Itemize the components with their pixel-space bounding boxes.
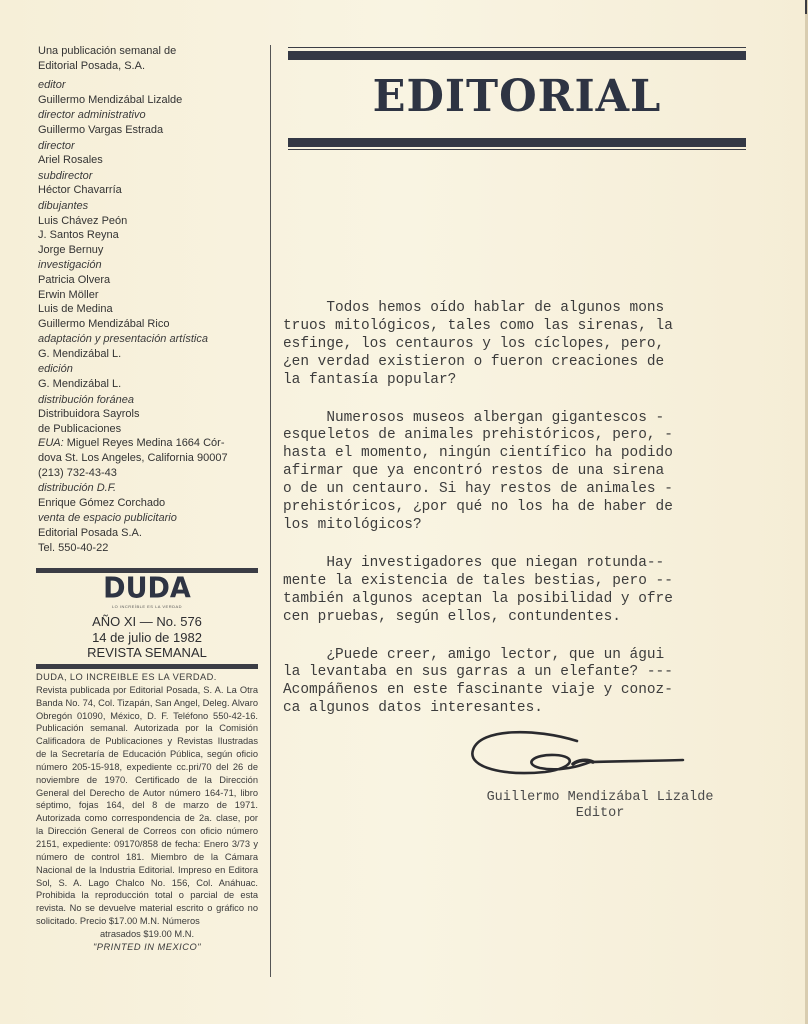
issue-block: DUDA Lo increíble es la verdad AÑO XI — … <box>36 574 258 661</box>
credit-role: adaptación y presentación artística <box>38 332 260 347</box>
issue-date: 14 de julio de 1982 <box>36 630 258 646</box>
credit-name: Luis Chávez Peón <box>38 214 260 229</box>
signer-title: Editor <box>440 806 760 822</box>
text-line: también algunos aceptan la posibilidad y… <box>283 591 753 609</box>
text-line: mente la existencia de tales bestias, pe… <box>283 573 753 591</box>
credit-name: J. Santos Reyna <box>38 228 260 243</box>
credit-role: venta de espacio publicitario <box>38 511 260 526</box>
issue-number: AÑO XI — No. 576 <box>36 614 258 630</box>
text-line: o de un centauro. Si hay restos de anima… <box>283 481 753 499</box>
masthead: Una publicación semanal de Editorial Pos… <box>38 44 260 555</box>
credit-role: director <box>38 139 260 154</box>
text-line: Todos hemos oído hablar de algunos mons <box>283 300 753 318</box>
credit-role: director administrativo <box>38 108 260 123</box>
credit-name: G. Mendizábal L. <box>38 347 260 362</box>
text-line: Acompáñenos en este fascinante viaje y c… <box>283 682 753 700</box>
header-rule-thick <box>288 138 746 147</box>
eua-contact: EUA: Miguel Reyes Medina 1664 Cór- dova … <box>38 436 260 480</box>
credits-list: editorGuillermo Mendizábal Lizaldedirect… <box>38 78 260 436</box>
text-line: la fantasía popular? <box>283 372 753 390</box>
signature-icon <box>465 728 695 788</box>
legal-text: Revista publicada por Editorial Posada, … <box>36 684 258 928</box>
credit-name: Guillermo Mendizábal Rico <box>38 317 260 332</box>
text-line: ¿Puede creer, amigo lector, que un águi <box>283 647 753 665</box>
credit-name: Erwin Möller <box>38 288 260 303</box>
credit-role: editor <box>38 78 260 93</box>
credit-role: dibujantes <box>38 199 260 214</box>
text-line: Numerosos museos albergan gigantescos - <box>283 410 753 428</box>
logo-tagline: Lo increíble es la verdad <box>36 604 258 610</box>
credit-name: Patricia Olvera <box>38 273 260 288</box>
text-line: Hay investigadores que niegan rotunda-- <box>283 555 753 573</box>
text-line: afirmar que ya encontró restos de una si… <box>283 463 753 481</box>
text-line: cen pruebas, según ellos, contundentes. <box>283 609 753 627</box>
credit-name: Jorge Bernuy <box>38 243 260 258</box>
signer-name: Guillermo Mendizábal Lizalde <box>440 790 760 806</box>
text-line: la levantaba en sus garras a un elefante… <box>283 664 753 682</box>
credit-name: G. Mendizábal L. <box>38 377 260 392</box>
issue-frequency: REVISTA SEMANAL <box>36 645 258 661</box>
page-edge-mark <box>805 0 807 14</box>
editorial-paragraph: Hay investigadores que niegan rotunda--m… <box>283 555 753 627</box>
publisher-line: Editorial Posada, S.A. <box>38 59 260 74</box>
credit-name: de Publicaciones <box>38 422 260 437</box>
editorial-body: Todos hemos oído hablar de algunos monst… <box>283 300 753 738</box>
printed-in: "PRINTED IN MEXICO" <box>36 941 258 954</box>
text-line: prehistóricos, ¿por qué no los ha de hab… <box>283 499 753 517</box>
credit-name: Ariel Rosales <box>38 153 260 168</box>
credit-role: investigación <box>38 258 260 273</box>
credit-name: Guillermo Mendizábal Lizalde <box>38 93 260 108</box>
back-issues-price: atrasados $19.00 M.N. <box>36 928 258 941</box>
legal-title: DUDA, LO INCREIBLE ES LA VERDAD. <box>36 671 258 684</box>
credit-name: Guillermo Vargas Estrada <box>38 123 260 138</box>
text-line: esfinge, los centauros y los cíclopes, p… <box>283 336 753 354</box>
header-rule-thick <box>288 51 746 60</box>
editorial-heading: EDITORIAL <box>293 66 742 128</box>
eua-label: EUA: <box>38 437 64 449</box>
credit-role: distribución D.F. <box>38 481 260 496</box>
text-line: esqueletos de animales prehistóricos, pe… <box>283 427 753 445</box>
text-line: ca algunos datos interesantes. <box>283 700 753 718</box>
text-line: ¿en verdad existieron o fueron creacione… <box>283 354 753 372</box>
header-rule-thin <box>288 47 746 48</box>
divider-rule <box>36 664 258 669</box>
column-divider <box>270 45 271 977</box>
publisher-line: Una publicación semanal de <box>38 44 260 59</box>
credit-name: Enrique Gómez Corchado <box>38 496 260 511</box>
credit-name: Héctor Chavarría <box>38 183 260 198</box>
credit-name: Tel. 550-40-22 <box>38 541 260 556</box>
signature-block: Guillermo Mendizábal Lizalde Editor <box>440 790 760 822</box>
credits-list-2: distribución D.F.Enrique Gómez Corchadov… <box>38 481 260 555</box>
editorial-paragraph: Numerosos museos albergan gigantescos -e… <box>283 410 753 535</box>
text-line: truos mitológicos, tales como las sirena… <box>283 318 753 336</box>
credit-role: subdirector <box>38 169 260 184</box>
credit-name: Luis de Medina <box>38 302 260 317</box>
legal-notice: DUDA, LO INCREIBLE ES LA VERDAD. Revista… <box>36 671 258 954</box>
credit-name: Distribuidora Sayrols <box>38 407 260 422</box>
text-line: hasta el momento, ningún científico ha p… <box>283 445 753 463</box>
text-line: los mitológicos? <box>283 517 753 535</box>
credit-role: edición <box>38 362 260 377</box>
editorial-paragraph: Todos hemos oído hablar de algunos monst… <box>283 300 753 390</box>
credit-role: distribución foránea <box>38 393 260 408</box>
duda-logo: DUDA <box>103 573 191 605</box>
credit-name: Editorial Posada S.A. <box>38 526 260 541</box>
editorial-paragraph: ¿Puede creer, amigo lector, que un águil… <box>283 647 753 719</box>
header-rule-thin <box>288 149 746 150</box>
issue-info: AÑO XI — No. 576 14 de julio de 1982 REV… <box>36 614 258 661</box>
